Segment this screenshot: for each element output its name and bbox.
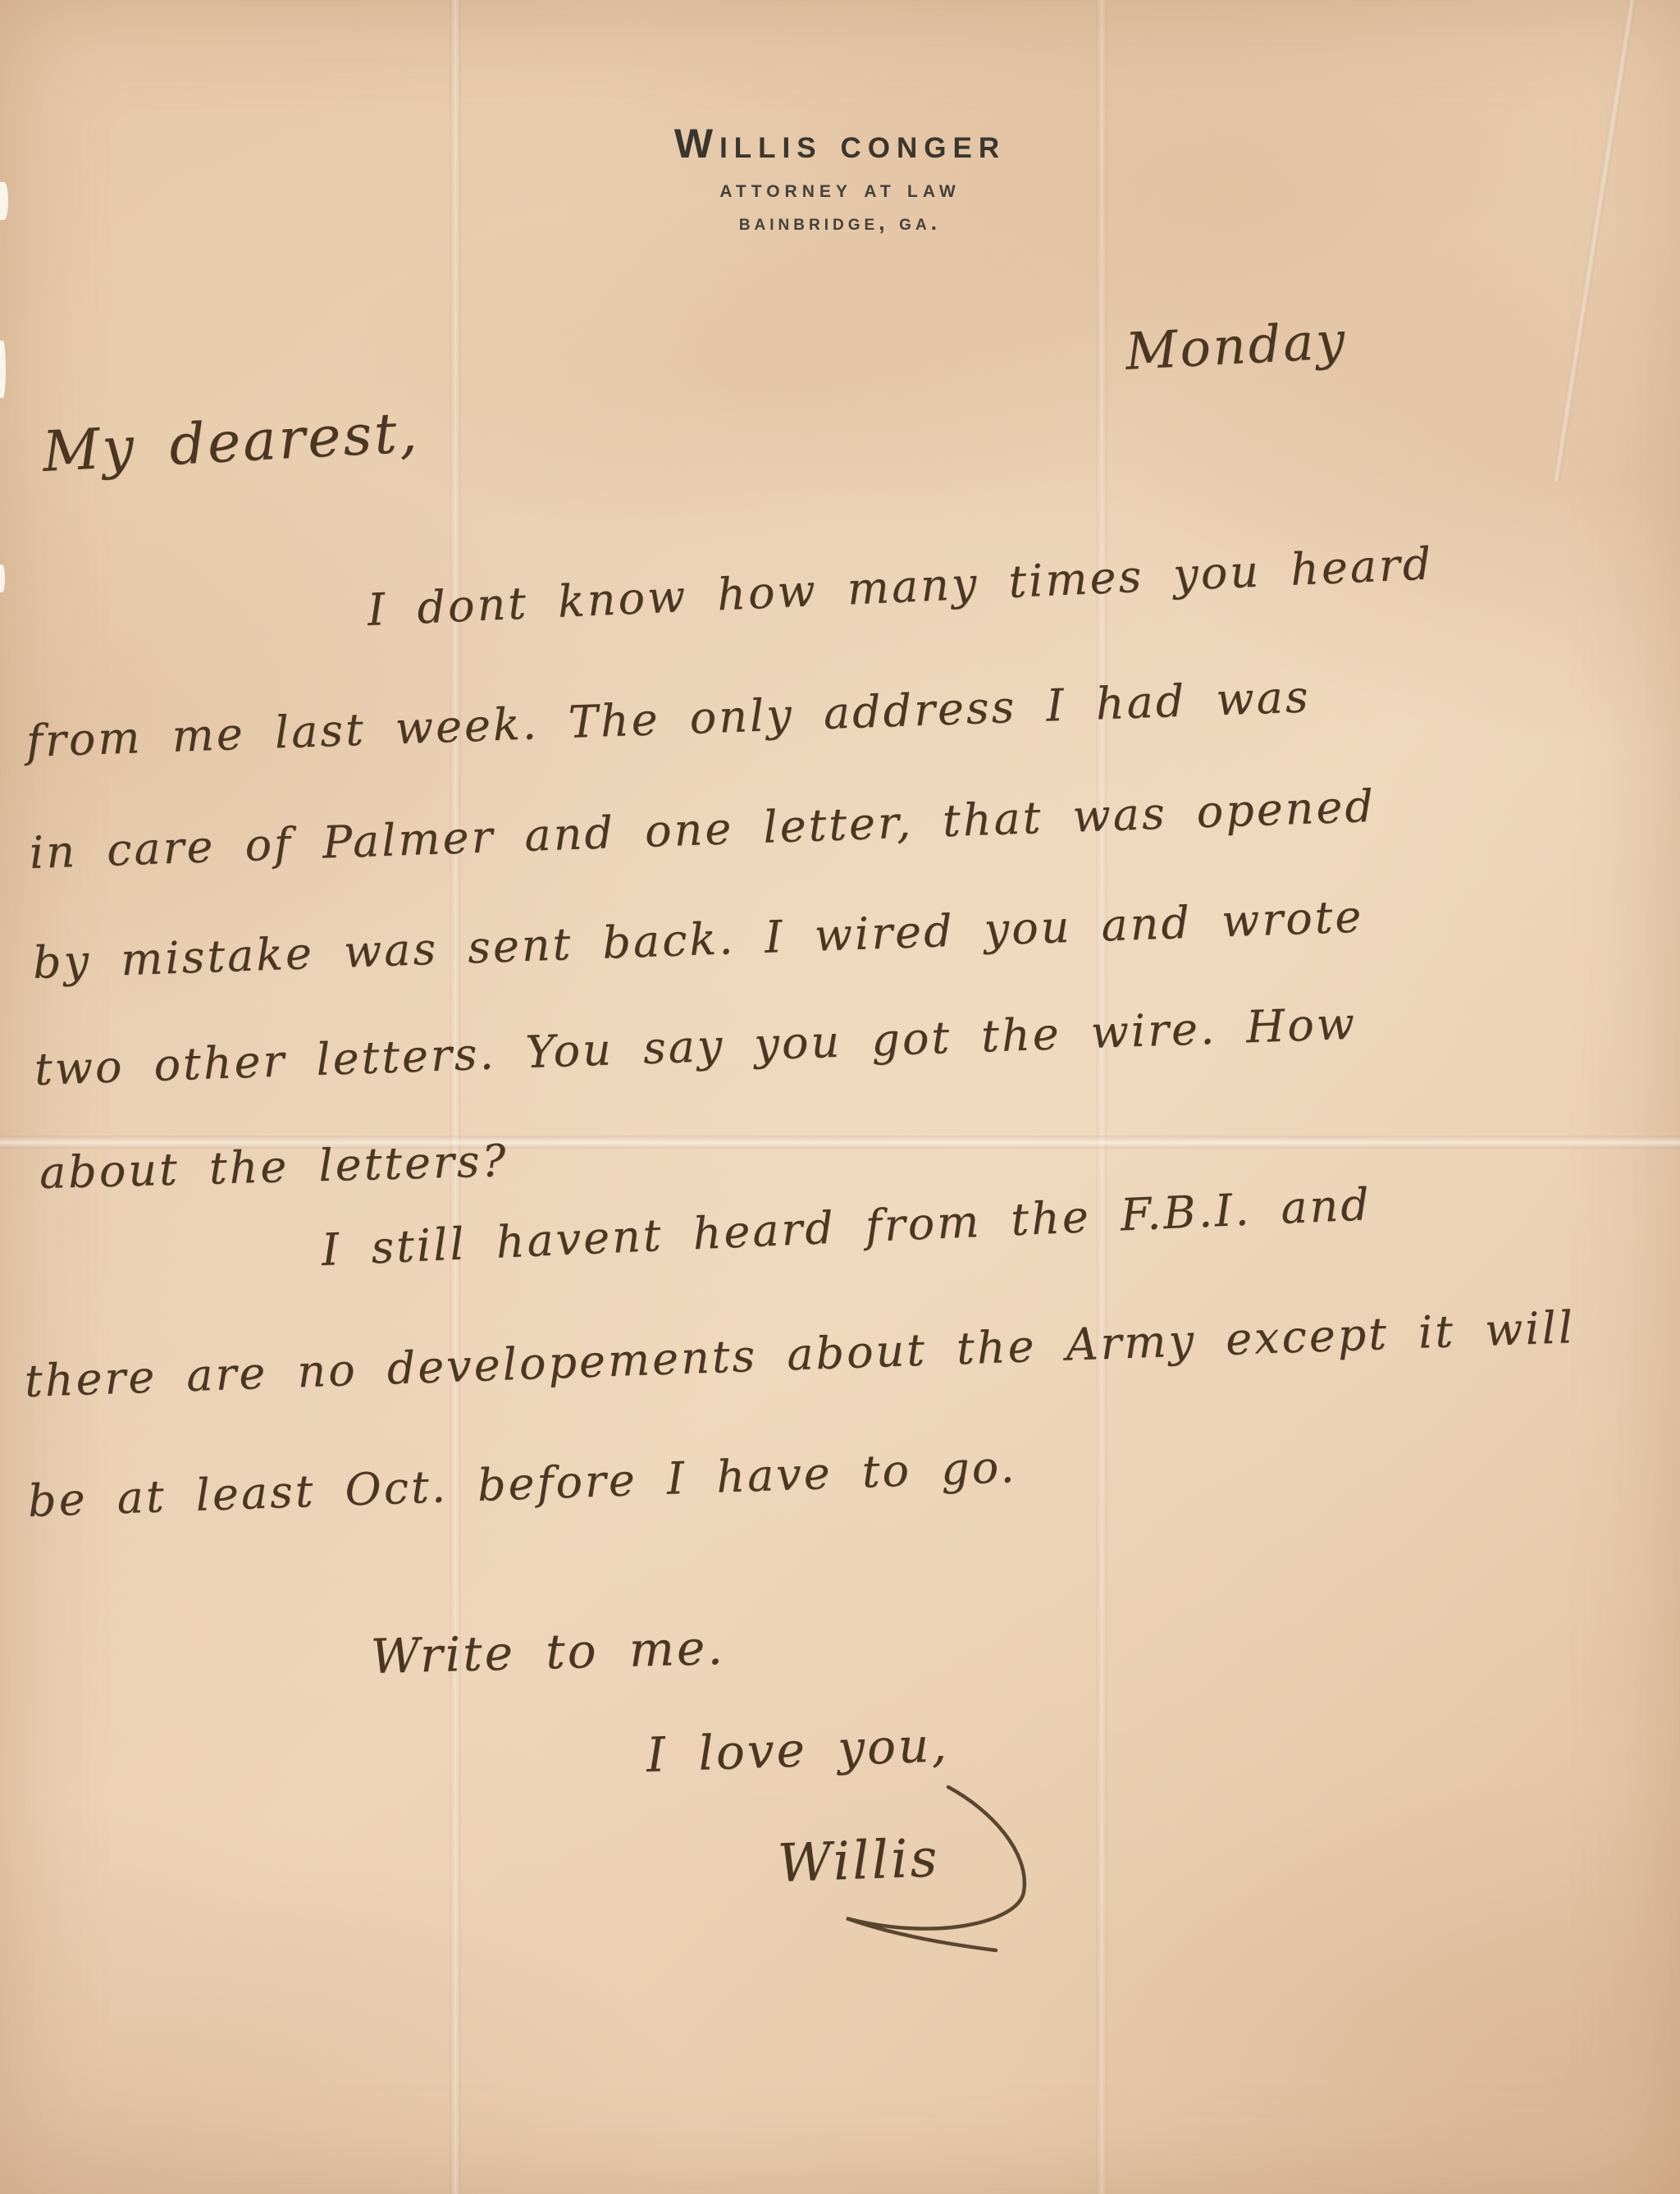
body-line: Write to me. — [370, 1620, 725, 1684]
body-line: be at least Oct. before I have to go. — [27, 1441, 1017, 1527]
body-line: I still havent heard from the F.B.I. and — [321, 1178, 1373, 1276]
letterhead-name: Willis Conger — [0, 123, 1680, 164]
letter-sheet: Willis Conger Attorney at Law Bainbridge… — [0, 0, 1680, 2194]
body-line: I dont know how many times you heard — [367, 537, 1435, 636]
body-line: by mistake was sent back. I wired you an… — [32, 890, 1364, 989]
letterhead-title: Attorney at Law — [0, 176, 1680, 203]
closing-line: I love you, — [646, 1716, 950, 1783]
letterhead-location: Bainbridge, Ga. — [0, 210, 1680, 235]
paper-edge-nick — [0, 564, 5, 592]
body-line: two other letters. You say you got the w… — [34, 998, 1358, 1095]
letterhead: Willis Conger Attorney at Law Bainbridge… — [0, 123, 1680, 235]
body-line: about the letters? — [39, 1135, 509, 1199]
paper-edge-nick — [0, 341, 6, 398]
fold-crease-vertical-left — [450, 0, 461, 2194]
body-line: in care of Palmer and one letter, that w… — [29, 780, 1376, 879]
date-line: Monday — [1124, 310, 1349, 382]
salutation: My dearest, — [41, 400, 421, 485]
fold-crease-diagonal-top-right — [1552, 0, 1642, 482]
signature-name: Willis — [777, 1828, 941, 1895]
fold-crease-vertical-right — [1096, 0, 1107, 2194]
body-line: from me last week. The only address I ha… — [25, 670, 1312, 767]
body-line: there are no developements about the Arm… — [24, 1301, 1576, 1407]
